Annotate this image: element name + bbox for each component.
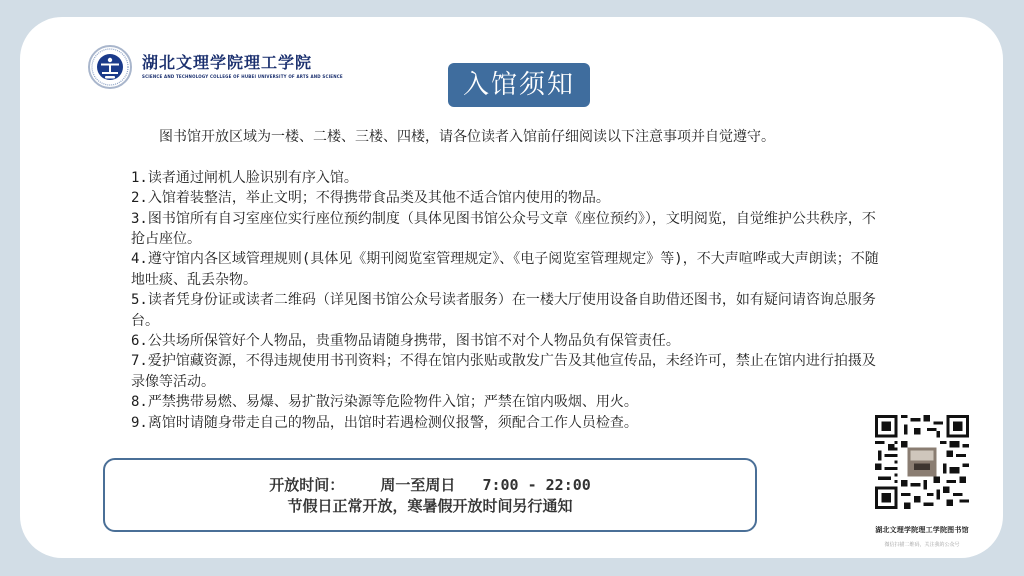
hours-days: 周一至周日: [380, 476, 455, 494]
rule-item: 1.读者通过闸机人脸识别有序入馆。: [131, 168, 883, 188]
rule-item: 6.公共场所保管好个人物品，贵重物品请随身携带，图书馆不对个人物品负有保管责任。: [131, 331, 883, 351]
intro-paragraph: 图书馆开放区域为一楼、二楼、三楼、四楼，请各位读者入馆前仔细阅读以下注意事项并自…: [131, 127, 883, 147]
rule-item: 8.严禁携带易燃、易爆、易扩散污染源等危险物件入馆；严禁在馆内吸烟、用火。: [131, 392, 883, 412]
school-name-en: SCIENCE AND TECHNOLOGY COLLEGE OF HUBEI …: [142, 74, 343, 80]
qr-subcaption: 微信扫描二维码，关注我的公众号: [866, 541, 978, 548]
qr-section: 湖北文理学院理工学院图书馆 微信扫描二维码，关注我的公众号: [866, 415, 978, 548]
opening-hours-line: 开放时间： 周一至周日 7:00 - 22:00: [105, 475, 755, 496]
page-title: 入馆须知: [448, 63, 590, 107]
qr-code-icon: [875, 415, 969, 509]
hours-time: 7:00 - 22:00: [482, 476, 590, 494]
hours-note: 节假日正常开放，寒暑假开放时间另行通知: [105, 496, 755, 517]
hours-label: 开放时间：: [269, 476, 344, 494]
school-emblem-icon: [88, 45, 132, 89]
opening-hours-box: 开放时间： 周一至周日 7:00 - 22:00 节假日正常开放，寒暑假开放时间…: [103, 458, 757, 532]
rule-item: 3.图书馆所有自习室座位实行座位预约制度（具体见图书馆公众号文章《座位预约》），…: [131, 209, 883, 250]
rule-item: 2.入馆着装整洁，举止文明；不得携带食品类及其他不适合馆内使用的物品。: [131, 188, 883, 208]
qr-caption: 湖北文理学院理工学院图书馆: [866, 525, 978, 535]
notice-content: 图书馆开放区域为一楼、二楼、三楼、四楼，请各位读者入馆前仔细阅读以下注意事项并自…: [131, 127, 883, 433]
rule-item: 7.爱护馆藏资源，不得违规使用书刊资料；不得在馆内张贴或散发广告及其他宣传品，未…: [131, 351, 883, 392]
school-name-cn: 湖北文理学院理工学院: [142, 54, 343, 72]
school-logo: 湖北文理学院理工学院 SCIENCE AND TECHNOLOGY COLLEG…: [88, 45, 343, 89]
rule-item: 5.读者凭身份证或读者二维码（详见图书馆公众号读者服务）在一楼大厅使用设备自助借…: [131, 290, 883, 331]
rule-item: 4.遵守馆内各区域管理规则(具体见《期刊阅览室管理规定》、《电子阅览室管理规定》…: [131, 249, 883, 290]
rule-item: 9.离馆时请随身带走自己的物品，出馆时若遇检测仪报警，须配合工作人员检查。: [131, 413, 883, 433]
